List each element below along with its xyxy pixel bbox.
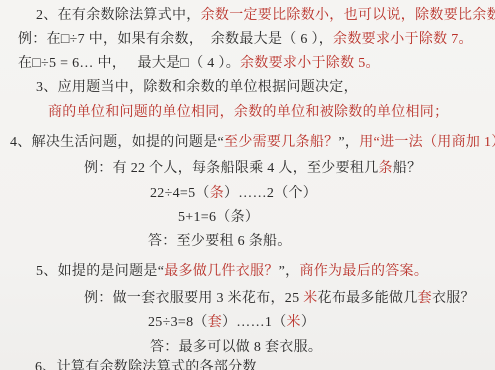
- item-3-rule: 3、应用题当中，除数和余数的单位根据问题决定，: [36, 79, 358, 96]
- text-segment: 5、如提的是问题是“: [36, 264, 164, 279]
- text-segment: 余数要求小于除数 5。: [240, 56, 380, 71]
- text-segment: 答：至少要租 6 条船。: [148, 234, 292, 249]
- text-segment: 答：最多可以做 8 套衣服。: [150, 340, 322, 355]
- text-segment: 在□÷5 = 6… 中， 最大是□（ 4 ）。: [18, 56, 240, 71]
- item-4-rule: 4、解决生活问题，如提的问题是“至少需要几条船？”，用“进一法（用商加 1）”；: [10, 134, 495, 151]
- document-page: 2、在有余数除法算式中，余数一定要比除数小，也可以说，除数要比余数大。例：在□÷…: [0, 0, 495, 370]
- text-segment: 6、计算有余数除法算式的各部分数: [35, 360, 257, 370]
- text-segment: ）……1（: [222, 315, 287, 330]
- item-5-example: 例：做一套衣服要用 3 米花布，25 米花布最多能做几套衣服？: [84, 290, 475, 307]
- text-segment: 例：做一套衣服要用 3 米花布，25: [84, 291, 303, 306]
- item-5-answer: 答：最多可以做 8 套衣服。: [150, 339, 322, 356]
- text-segment: 余数要求小于除数 7。: [333, 32, 473, 47]
- text-segment: 余数一定要比除数小，也可以说，除数要比余数大。: [201, 8, 495, 23]
- item-2-rule: 2、在有余数除法算式中，余数一定要比除数小，也可以说，除数要比余数大。: [36, 7, 495, 24]
- text-segment: 5+1=6（条）: [178, 210, 259, 225]
- text-segment: 4、解决生活问题，如提的问题是“: [10, 135, 224, 150]
- item-5-rule: 5、如提的是问题是“最多做几件衣服？”，商作为最后的答案。: [36, 263, 428, 280]
- text-segment: 3、应用题当中，除数和余数的单位根据问题决定，: [36, 80, 358, 95]
- item-4-calc-2: 5+1=6（条）: [178, 209, 259, 226]
- item-4-example: 例：有 22 个人，每条船限乘 4 人，至少要租几条船？: [84, 160, 421, 177]
- text-segment: 至少需要几条船？: [224, 135, 338, 150]
- text-segment: 商的单位和问题的单位相同，余数的单位和被除数的单位相同；: [48, 105, 448, 120]
- item-2-example-b: 在□÷5 = 6… 中， 最大是□（ 4 ）。余数要求小于除数 5。: [18, 55, 380, 72]
- text-segment: 米: [303, 291, 317, 306]
- text-segment: 25÷3=8（: [148, 315, 208, 330]
- text-segment: ）: [301, 315, 315, 330]
- text-segment: 条: [210, 186, 224, 201]
- text-segment: 套: [208, 315, 222, 330]
- item-5-calc: 25÷3=8（套）……1（米）: [148, 314, 315, 331]
- text-segment: 22÷4=5（: [150, 186, 210, 201]
- item-4-answer: 答：至少要租 6 条船。: [148, 233, 292, 250]
- item-3-rule-continued: 商的单位和问题的单位相同，余数的单位和被除数的单位相同；: [48, 104, 448, 121]
- item-6-rule-clipped: 6、计算有余数除法算式的各部分数: [35, 359, 257, 370]
- item-4-calc-1: 22÷4=5（条）……2（个）: [150, 185, 317, 202]
- text-segment: 衣服？: [432, 291, 475, 306]
- text-segment: 例：有 22 个人，每条船限乘 4 人，至少要租几: [84, 161, 379, 176]
- text-segment: 米: [287, 315, 301, 330]
- text-segment: ”，: [338, 135, 359, 150]
- text-segment: 船？: [393, 161, 422, 176]
- text-segment: 2、在有余数除法算式中，: [36, 8, 201, 23]
- text-segment: ）……2（个）: [224, 186, 317, 201]
- text-segment: 花布最多能做几: [318, 291, 418, 306]
- text-segment: 条: [379, 161, 393, 176]
- text-segment: ”，: [279, 264, 300, 279]
- text-segment: 套: [418, 291, 432, 306]
- text-segment: 最多做几件衣服？: [164, 264, 278, 279]
- item-2-example-a: 例：在□÷7 中，如果有余数， 余数最大是（ 6 ），余数要求小于除数 7。: [18, 31, 473, 48]
- text-segment: 用“进一法（用商加 1）”: [359, 135, 495, 150]
- text-segment: 商作为最后的答案。: [299, 264, 428, 279]
- text-segment: 例：在□÷7 中，如果有余数， 余数最大是（ 6 ），: [18, 32, 333, 47]
